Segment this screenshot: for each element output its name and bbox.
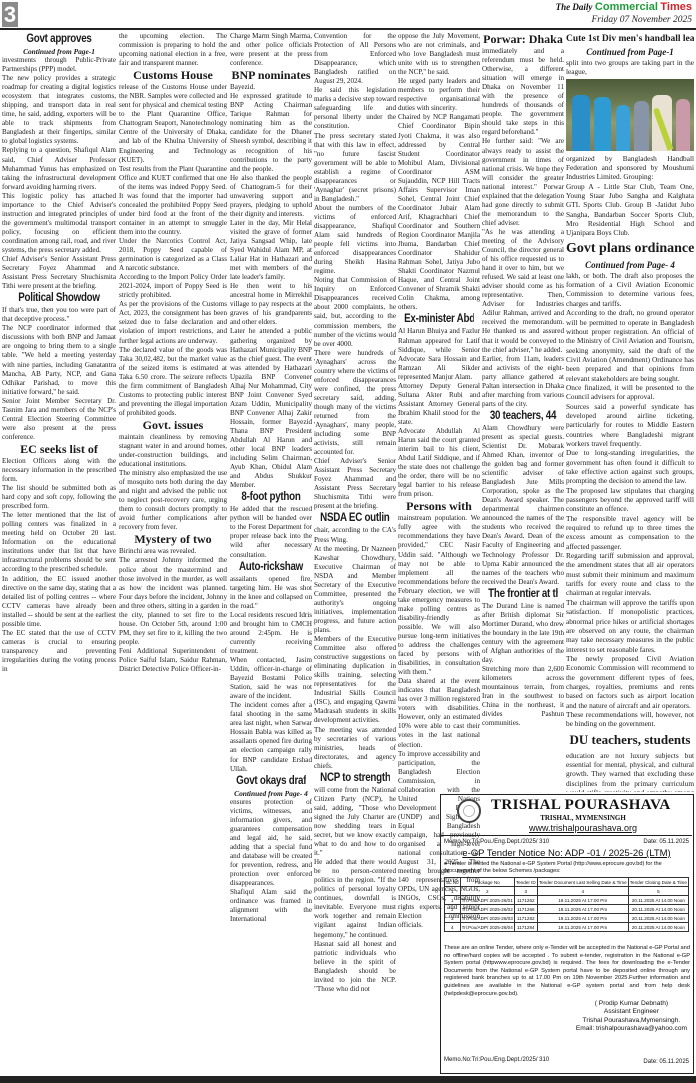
article-paragraph: Once finalized, it will be presented to … <box>566 383 694 402</box>
table-cell: 5 <box>628 887 688 896</box>
headline-frontier: The frontier at the <box>488 588 558 601</box>
tender-table: SL No Package No Tender ID Tender Docume… <box>444 877 689 932</box>
article-paragraph: education are not luxury subjects but es… <box>566 751 694 792</box>
article-paragraph: About the numbers of the victims of enfo… <box>314 204 396 276</box>
article-paragraph: He added that the rescued python will be… <box>230 505 312 559</box>
notice-divider <box>441 835 692 836</box>
table-cell: 1171266 <box>514 905 537 914</box>
article-paragraph: Bayezid. <box>230 83 312 92</box>
table-header: Tender Closing Date & Time <box>628 878 688 887</box>
article-paragraph: Later in the day, Mir Helal visited the … <box>230 219 312 282</box>
article-paragraph: He added that there would be no person-c… <box>314 858 396 939</box>
signatory-block: ( Prodip Kumar Debnath) Assistant Engine… <box>576 1000 687 1034</box>
continued-label: Continued from Page-1 <box>566 47 694 58</box>
article-paragraph: maintain cleanliness by removing stagnan… <box>119 433 227 469</box>
headline-handball-league: Cute 1st Div men's handball league <box>566 33 694 46</box>
article-paragraph: He said this legislation marks a decisiv… <box>314 86 396 131</box>
article-paragraph: The newly proposed Civil Aviation Econom… <box>566 654 694 710</box>
website-link[interactable]: www.trishalpourashava.org <box>529 823 637 833</box>
column-6: Porwar: Dhaka immediately and a referend… <box>482 32 564 792</box>
article-paragraph: Group A - Little Star Club, Team One, Yo… <box>566 182 694 238</box>
headline-nsda-ec-outlines: NSDA EC outlines <box>320 512 390 525</box>
headline-govt-issues: Govt. issues <box>119 419 227 432</box>
column-7: Cute 1st Div men's handball league Conti… <box>566 32 694 792</box>
table-cell: 3 <box>514 887 537 896</box>
headline-du-teachers: DU teachers, students <box>566 730 694 750</box>
article-paragraph: ensures protection of victims, witnesses… <box>230 798 312 888</box>
notice-title: TRISHAL POURASHAVA <box>491 797 671 814</box>
table-cell: 2 <box>445 905 461 914</box>
table-cell: 4 <box>445 923 461 932</box>
signatory-email[interactable]: Email: trishalpourashava@yahoo.com <box>576 1025 687 1033</box>
table-cell: 20.11.2025 At 14.00 Noon <box>628 905 688 914</box>
table-cell: 2 <box>460 887 514 896</box>
table-cell: 1171282 <box>514 914 537 923</box>
notice-subtitle: TRISHAL, MYMENSINGH <box>441 814 695 822</box>
headline-govt-plans-ordinance: Govt plans ordinance <box>566 239 694 259</box>
article-paragraph: investments through Public-Private Partn… <box>2 56 116 74</box>
table-cell: 19.11.2025 At 17.00 Pm <box>537 914 628 923</box>
handball-photo <box>566 79 694 151</box>
article-paragraph: The incident comes after a fatal shootin… <box>230 701 312 773</box>
headline-customs-house: Customs House <box>119 69 227 82</box>
article-paragraph: Chief Adviser's Senior Assistant Press S… <box>2 255 116 291</box>
article-paragraph: When contacted, Jasim Uddin, officer-in-… <box>230 656 312 701</box>
article-paragraph: assailants opened fire, targeting him. H… <box>230 575 312 611</box>
article-paragraph: The arrested Johnny informed the police … <box>119 556 227 646</box>
article-paragraph: Advocate Abdullah Al Harun said the cour… <box>398 427 480 499</box>
article-paragraph: Feni Additional Superintendent of Police… <box>119 647 227 674</box>
table-cell: 20.11.2025 At 14.00 Noon <box>628 896 688 905</box>
headline-persons-with: Persons with <box>398 500 480 513</box>
article-paragraph: The responsible travel agency will be re… <box>566 514 694 551</box>
issue-date: Friday 07 November 2025 <box>556 14 692 26</box>
article-paragraph: He urged party leaders and members to pe… <box>398 77 480 113</box>
signatory-name: ( Prodip Kumar Debnath) <box>576 1000 687 1008</box>
table-cell: 19.11.2025 At 17.00 Pm <box>537 905 628 914</box>
brand-the-daily: The Daily <box>556 2 593 12</box>
article-paragraph: mainstream population. We fully agree wi… <box>398 514 480 677</box>
table-cell: Tri:Pou/ADP/ 2025-26/03 <box>460 914 514 923</box>
headline-bnp-nominates: BNP nominates <box>230 69 312 82</box>
article-paragraph: At the meeting, Dr Nazneen Kawshar Chowd… <box>314 545 396 635</box>
headline-ex-minister: Ex-minister Abdul <box>404 313 474 326</box>
brand-times: Times <box>660 1 692 13</box>
tender-intro: e-Tender is invited the National e-GP Sy… <box>444 861 690 875</box>
article-paragraph: "As he was attending a meeting of the Ad… <box>482 228 564 355</box>
signatory-designation: Assistant Engineer <box>576 1008 687 1016</box>
article-paragraph: release of the Customs House under the N… <box>119 83 227 164</box>
continued-label: Continued from Page-1 <box>2 47 116 56</box>
article-paragraph: Shafiqul Alam said the ordinance was fra… <box>230 888 312 924</box>
article-paragraph: Later he attended a public gathering org… <box>230 327 312 490</box>
article-paragraph: Birinchi area was revealed. <box>119 547 227 556</box>
article-paragraph: Alam Chowdhury were present as special g… <box>482 424 564 587</box>
headline-porwar-dhaka: Porwar: Dhaka <box>482 33 564 46</box>
notice-website: www.trishalpourashava.org <box>441 823 695 833</box>
article-paragraph: Attorney Deputy General Sultana Akter Ru… <box>398 382 480 427</box>
headline-political-showdown: Political Showdow <box>11 292 108 305</box>
article-paragraph: organized by Bangladesh Handball Federat… <box>566 154 694 182</box>
article-paragraph: immediately and a referendum must be hel… <box>482 47 564 137</box>
article-paragraph: In addition, the EC issued another direc… <box>2 575 116 629</box>
article-paragraph: the upcoming election. The commission is… <box>119 32 227 68</box>
article-paragraph: The list should be submitted both as har… <box>2 484 116 511</box>
article-paragraph: Senior Joint Member Secretary Dr. Tasnim… <box>2 397 116 442</box>
tender-body: These are an online Tender, where only e… <box>444 945 690 998</box>
tender-notice-ad: TRISHAL POURASHAVA TRISHAL, MYMENSINGH w… <box>440 794 694 1074</box>
article-paragraph: Data shared at the event indicates that … <box>398 677 480 749</box>
article-paragraph: These recommendations will, however, not… <box>566 710 694 729</box>
table-row: 2 Tri:Pou/ADP/ 2025-26/02 1171266 19.11.… <box>445 905 689 914</box>
article-paragraph: According to the Import Policy Order 202… <box>119 273 227 300</box>
article-paragraph: Al Harun Bhuiya and Fazlur Rahman appear… <box>398 327 480 381</box>
header-rule <box>0 28 696 30</box>
table-row: 3 Tri:Pou/ADP/ 2025-26/03 1171282 19.11.… <box>445 914 689 923</box>
memo-number-footer: Memo.No:Tri:Pou./Eng.Dept./2025/ 310 <box>444 1057 549 1063</box>
table-cell: 1 <box>445 887 461 896</box>
table-cell: 1171284 <box>514 923 537 932</box>
notice-date-footer: Date: 05.11.2025 <box>643 1059 689 1065</box>
article-paragraph: The chairman will approve the tariffs up… <box>566 598 694 654</box>
article-paragraph: The ministry also emphasized the use of … <box>119 469 227 532</box>
article-paragraph: split into two groups are taking part in… <box>566 58 694 77</box>
continued-label: Continued from Page- 4 <box>566 260 694 271</box>
article-paragraph: oppose the July Movement, who are not cr… <box>398 32 480 77</box>
newspaper-brand: The Daily Commercial Times Friday 07 Nov… <box>556 1 692 26</box>
table-cell: 4 <box>537 887 628 896</box>
article-paragraph: Regarding tariff submission and approval… <box>566 551 694 598</box>
column-4: Convention for the Protection of All Per… <box>314 32 396 1074</box>
article-paragraph: According to the draft, no ground operat… <box>566 308 694 383</box>
headline-ncp-to-strengthen: NCP to strengthen <box>320 772 390 785</box>
article-paragraph: Hasnat said all honest and patriotic ind… <box>314 940 396 994</box>
article-paragraph: The NCP coordinator informed that discus… <box>2 324 116 396</box>
article-paragraph: The new policy provides a strategic road… <box>2 74 116 146</box>
article-paragraph: Members of the Executive Committee also … <box>314 635 396 725</box>
table-row: 4 Tri:Pou/ADP/ 2025-26/04 1171284 19.11.… <box>445 923 689 932</box>
table-header: SL No <box>445 878 461 887</box>
article-paragraph: Charge Marm Singh Marma, and other polic… <box>230 32 312 68</box>
article-paragraph: Replying to a question, Shafiqul Alam sa… <box>2 146 116 191</box>
memo-number: Memo.No:Tri:Pou./Eng.Dept./2025/ 310 <box>444 839 549 845</box>
column-1: Govt approves Continued from Page-1 inve… <box>2 32 116 1074</box>
article-paragraph: He further said: "We are always ready to… <box>482 137 564 227</box>
article-paragraph: Convention for the Protection of All Per… <box>314 32 396 86</box>
article-paragraph: If that's true, then you too were part o… <box>2 306 116 324</box>
column-2: the upcoming election. The commission is… <box>119 32 227 1074</box>
table-header: Package No <box>460 878 514 887</box>
table-cell: 20.11.2025 At 14.00 Noon <box>628 914 688 923</box>
signatory-office: Trishal Pourashava,Mymensingh. <box>576 1017 687 1025</box>
headline-30-teachers: 30 teachers, 44 <box>488 410 558 423</box>
article-paragraph: Due to long-standing irregularities, the… <box>566 448 694 485</box>
article-paragraph: This logistic policy has attached import… <box>2 192 116 255</box>
footer-rule <box>0 1076 696 1083</box>
article-paragraph: He also thanked the people of Chattogram… <box>230 174 312 219</box>
table-header-row: SL No Package No Tender ID Tender Docume… <box>445 878 689 887</box>
article-paragraph: will come from the National Citizen Part… <box>314 786 396 858</box>
table-cell: Tri:Pou/ADP/ 2025-26/02 <box>460 905 514 914</box>
table-header: Tender Document Last Selling Date & Time <box>537 878 628 887</box>
article-paragraph: Local residents rescued Idris and brough… <box>230 611 312 656</box>
article-paragraph: The letter mentioned that the list of po… <box>2 511 116 574</box>
article-paragraph: Chief Adviser's Senior Assistant Press S… <box>314 457 396 511</box>
article-paragraph: He then went to his ancestral home in Mi… <box>230 282 312 327</box>
article-paragraph: The proposed law stipulates that chargin… <box>566 486 694 514</box>
article-paragraph: He expressed gratitude to BNP Acting Cha… <box>230 92 312 173</box>
brand-commercial: Commercial <box>595 1 658 13</box>
article-paragraph: The press secretary stated that with thi… <box>314 132 396 204</box>
article-paragraph: Noting that Commission of Inquiry on Enf… <box>314 276 396 348</box>
column-3: Charge Marm Singh Marma, and other polic… <box>230 32 312 1074</box>
article-paragraph: Under the Narcotics Control Act, 2018, P… <box>119 237 227 273</box>
table-header: Tender ID <box>514 878 537 887</box>
page-number-badge: 3 <box>2 2 18 27</box>
masthead: 3 The Daily Commercial Times Friday 07 N… <box>0 0 696 30</box>
table-row: 1 Tri:Pou/ADP/ 2025-26/01 1171262 19.11.… <box>445 896 689 905</box>
tender-heading: e-GP Tender Notice No: ADP -01 / 2025-26… <box>441 848 692 859</box>
table-cell: 19.11.2025 At 17.00 Pm <box>537 896 628 905</box>
table-numbering-row: 1 2 3 4 5 <box>445 887 689 896</box>
article-paragraph: Election Officers along with the necessa… <box>2 457 116 484</box>
article-paragraph: Sources said a powerful syndicate has de… <box>566 402 694 449</box>
headline-ec-seeks: EC seeks list of <box>2 443 116 456</box>
notice-date: Date: 05.11.2025 <box>643 839 689 845</box>
article-paragraph: chair, according to the CA's Press Wing. <box>314 526 396 544</box>
article-paragraph: There were hundreds of 'Aynaghars' acros… <box>314 349 396 458</box>
continued-label: Continued from Page- 4 <box>230 789 312 798</box>
article-paragraph: The EC stated that the use of CCTV camer… <box>2 629 116 674</box>
headline-govt-okays-draft: Govt okays draft <box>236 775 306 788</box>
table-cell: 1 <box>445 896 461 905</box>
table-cell: 1171262 <box>514 896 537 905</box>
headline-mystery-of-two: Mystery of two <box>119 533 227 546</box>
article-paragraph: The declared value of the goods was Taka… <box>119 346 227 418</box>
table-cell: Tri:Pou/ADP/ 2025-26/04 <box>460 923 514 932</box>
article-paragraph: Test results from the Plant Quarantine O… <box>119 165 227 237</box>
article-paragraph: lakh, or both. The draft also proposes t… <box>566 271 694 308</box>
table-cell: 3 <box>445 914 461 923</box>
article-paragraph: As per the provisions of the Customs Act… <box>119 300 227 345</box>
headline-auto-rickshaw: Auto-rickshaw <box>236 561 306 574</box>
headline-8-foot-python: 8-foot python <box>236 491 306 504</box>
headline-govt-approves: Govt approves <box>11 33 108 46</box>
article-paragraph: The meeting was attended by secretaries … <box>314 726 396 771</box>
table-cell: Tri:Pou/ADP/ 2025-26/01 <box>460 896 514 905</box>
table-cell: 20.11.2025 At 14.00 Noon <box>628 923 688 932</box>
article-paragraph: Earlier, from 11am, leaders and activist… <box>482 355 564 409</box>
article-paragraph: The Durand Line is named after British d… <box>482 602 564 665</box>
table-cell: 19.11.2025 At 17.00 Pm <box>537 923 628 932</box>
article-paragraph: Chaired by NCP Rangamati Chief Coordinat… <box>398 113 480 312</box>
article-paragraph: Stretching more than 2,600 kilometers ac… <box>482 665 564 728</box>
